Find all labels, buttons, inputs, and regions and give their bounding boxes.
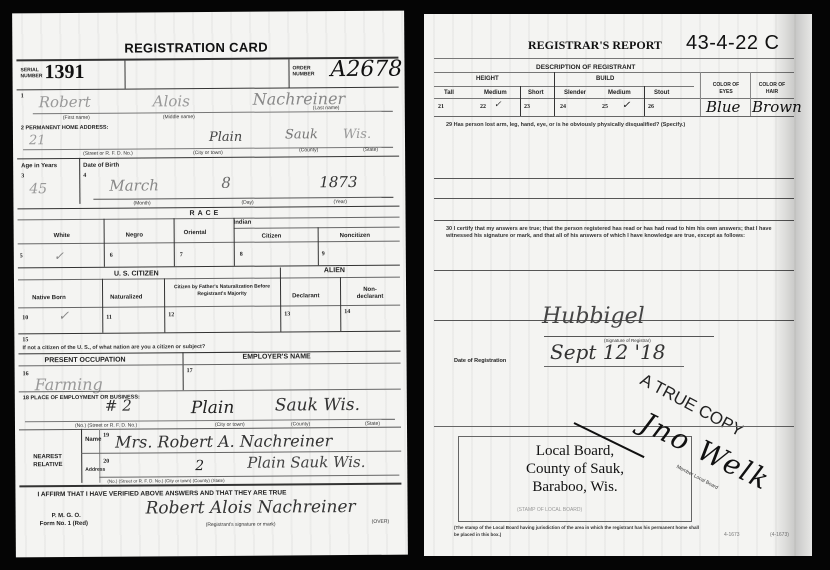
- date-of-registration-value: Sept 12 '18: [550, 340, 666, 364]
- hair-title: COLOR OF HAIR: [754, 82, 790, 96]
- city-label: (City or town): [193, 150, 223, 156]
- race-title: RACE: [189, 210, 221, 217]
- build-medium-mark: ✓: [622, 100, 630, 111]
- first-name-label: (First name): [63, 115, 90, 121]
- description-title: DESCRIPTION OF REGISTRANT: [536, 64, 635, 71]
- county-label: (County): [299, 147, 318, 153]
- middle-name-label: (Middle name): [163, 114, 195, 120]
- street-label: (Street or R. F. D. No.): [83, 151, 133, 157]
- address-city: Plain: [209, 130, 242, 145]
- race-noncitizen-label: Noncitizen: [340, 233, 370, 239]
- local-board-stamp: Local Board, County of Sauk, Baraboo, Wi…: [458, 436, 692, 522]
- report-code: 43-4-22 C: [686, 32, 779, 55]
- employment-street: # 2: [105, 397, 132, 415]
- nearest-relative-city: Plain Sauk Wis.: [247, 453, 365, 472]
- height-title: HEIGHT: [476, 76, 499, 82]
- state-label: (State): [363, 147, 378, 153]
- name-middle: Alois: [153, 92, 190, 110]
- eyes-title: COLOR OF EYES: [708, 82, 744, 96]
- registrars-report-card: REGISTRAR'S REPORT 43-4-22 C DESCRIPTION…: [424, 14, 812, 556]
- eye-color-value: Blue: [706, 98, 740, 116]
- address-county: Sauk: [285, 127, 318, 142]
- report-title: REGISTRAR'S REPORT: [528, 38, 662, 53]
- employer-label: EMPLOYER'S NAME: [242, 353, 310, 360]
- age-label: Age in Years: [21, 163, 57, 169]
- q30-text: 30 I certify that my answers are true; t…: [446, 226, 786, 240]
- address-state: Wis.: [343, 127, 371, 142]
- nearest-relative-name: Mrs. Robert A. Nachreiner: [115, 431, 332, 452]
- date-of-registration-label: Date of Registration: [454, 358, 506, 364]
- stamp-footnote: (The stamp of the Local Board having jur…: [454, 524, 704, 538]
- height-medium-mark: ✓: [494, 100, 502, 110]
- race-negro-label: Negro: [126, 232, 143, 238]
- alien-title: ALIEN: [324, 267, 345, 274]
- serial-number: 1391: [44, 61, 84, 84]
- employment-city: Plain: [191, 398, 235, 418]
- serial-number-label: SERIAL NUMBER: [20, 67, 40, 79]
- nearest-relative-label: NEAREST RELATIVE: [33, 453, 83, 469]
- form-code: P. M. G. O.: [52, 513, 81, 519]
- nearest-relative-street: 2: [195, 458, 204, 474]
- occupation-label: PRESENT OCCUPATION: [45, 357, 126, 365]
- card-title: REGISTRATION CARD: [124, 40, 268, 56]
- dob-label: Date of Birth: [83, 163, 119, 169]
- race-oriental-label: Oriental: [184, 230, 207, 236]
- order-number-label: ORDER NUMBER: [292, 65, 324, 77]
- registration-card: REGISTRATION CARD SERIAL NUMBER 1391 ORD…: [12, 11, 408, 558]
- address-label: 2 PERMANENT HOME ADDRESS:: [21, 125, 109, 132]
- hair-color-value: Brown: [752, 98, 802, 116]
- dob-month: March: [109, 176, 159, 194]
- race-white-label: White: [54, 233, 70, 239]
- age-value: 45: [29, 181, 47, 197]
- order-number: A2678: [330, 57, 402, 83]
- dob-year: 1873: [319, 173, 357, 191]
- q15-text: If not a citizen of the U. S., of what n…: [22, 344, 205, 351]
- native-born-mark: ✓: [58, 309, 69, 324]
- form-number: Form No. 1 (Red): [40, 521, 88, 527]
- name-first: Robert: [39, 93, 91, 111]
- race-white-mark: ✓: [54, 249, 64, 263]
- build-title: BUILD: [596, 76, 614, 82]
- us-citizen-title: U. S. CITIZEN: [114, 270, 159, 277]
- dob-day: 8: [221, 174, 231, 192]
- employment-county: Sauk Wis.: [275, 395, 360, 416]
- address-street: 21: [29, 133, 46, 148]
- registrar-signature: Hubbigel: [542, 304, 645, 329]
- last-name-label: (Last name): [313, 105, 340, 111]
- registrant-signature: Robert Alois Nachreiner: [145, 497, 355, 518]
- q29-text: 29 Has person lost arm, leg, hand, eye, …: [446, 122, 786, 129]
- race-citizen-label: Citizen: [262, 234, 282, 240]
